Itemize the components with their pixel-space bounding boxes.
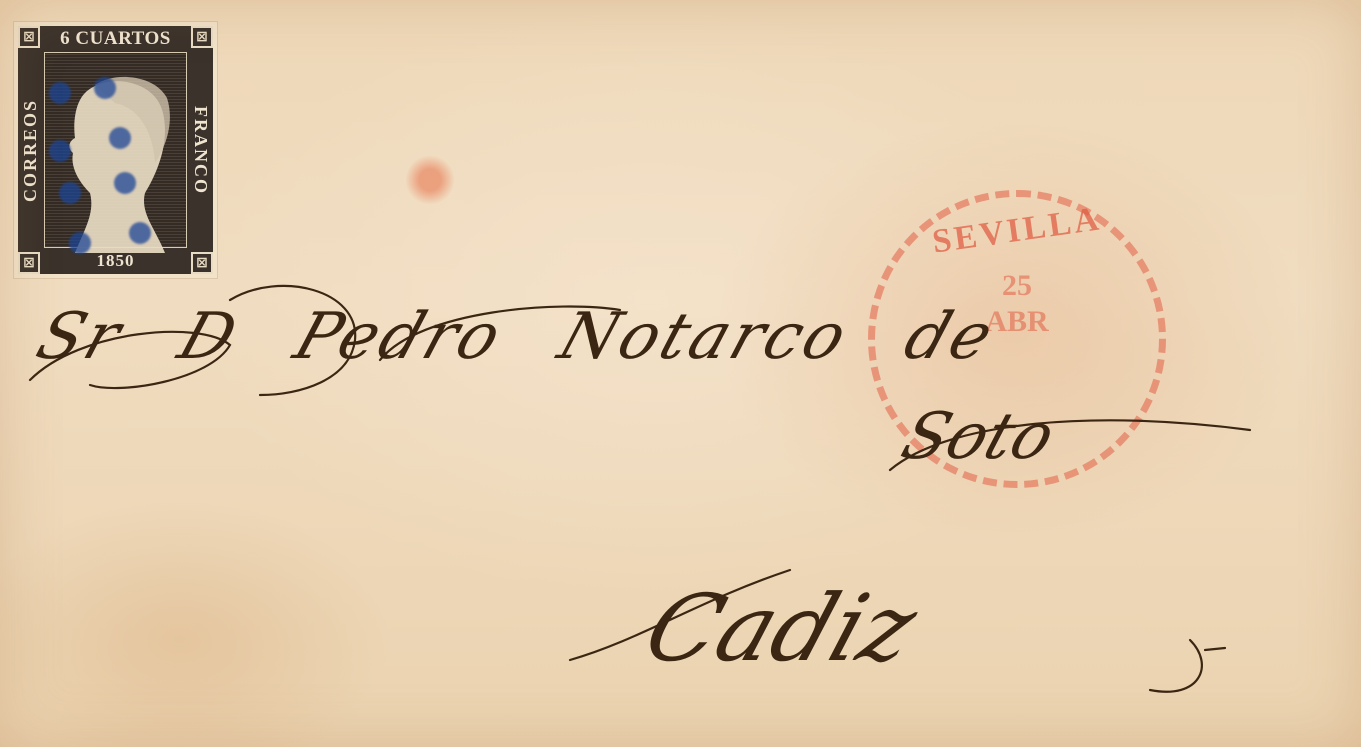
- postal-cover: ⊠ ⊠ ⊠ ⊠ 6 CUARTOS CORREOS FRANCO 1850 S: [0, 0, 1361, 747]
- address-line-city: Cadiz: [633, 575, 930, 682]
- address-word-first-name: Pedro: [285, 300, 512, 374]
- address-word-de: de: [896, 300, 1005, 374]
- address-word-surname: Notarco: [550, 300, 858, 374]
- address-line-surname: Soto: [893, 400, 1064, 474]
- address-word-don: D: [170, 300, 248, 374]
- address-line-recipient: Sr D Pedro Notarco de: [28, 300, 1043, 374]
